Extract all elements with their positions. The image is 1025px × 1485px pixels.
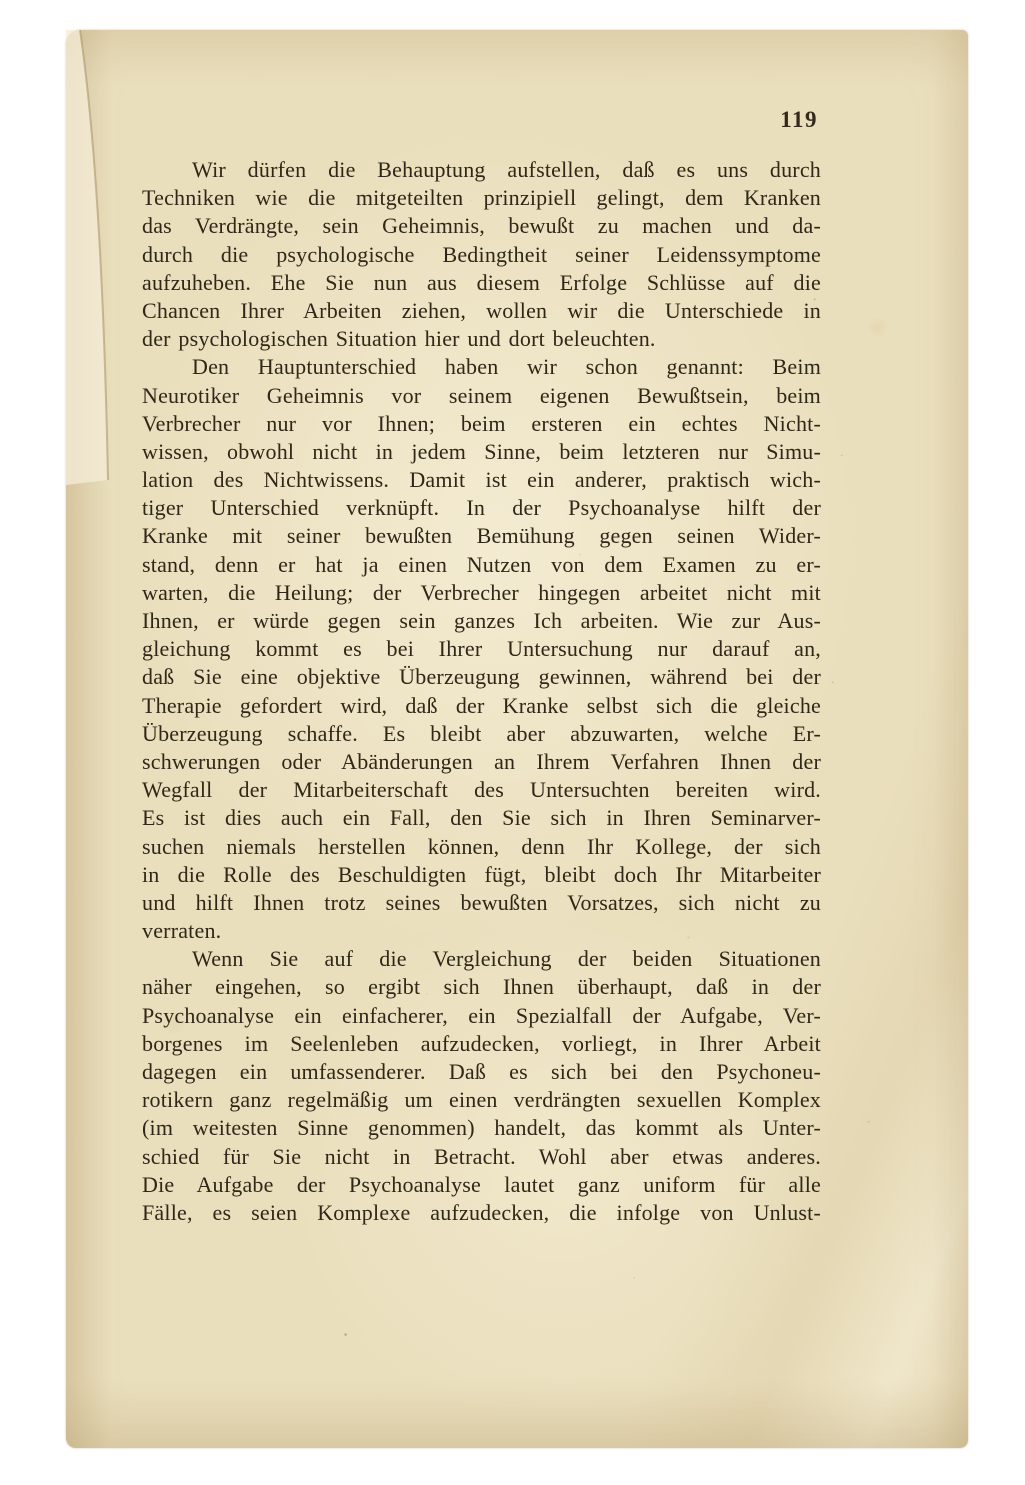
text-line: Neurotiker Geheimnis vor seinem eigenen … xyxy=(142,382,821,410)
text-line: das Verdrängte, sein Geheimnis, bewußt z… xyxy=(142,212,821,240)
text-line: Verbrecher nur vor Ihnen; beim ersteren … xyxy=(142,410,821,438)
text-line: Die Aufgabe der Psychoanalyse lautet gan… xyxy=(142,1171,821,1199)
text-line: näher eingehen, so ergibt sich Ihnen übe… xyxy=(142,973,821,1001)
text-line: warten, die Heilung; der Verbrecher hing… xyxy=(142,579,821,607)
text-line: Fälle, es seien Komplexe aufzudecken, di… xyxy=(142,1199,821,1227)
text-line: Den Hauptunterschied haben wir schon gen… xyxy=(142,353,821,381)
text-line: Kranke mit seiner bewußten Bemühung gege… xyxy=(142,522,821,550)
text-line: suchen niemals herstellen können, denn I… xyxy=(142,833,821,861)
text-line: Wir dürfen die Behauptung aufstellen, da… xyxy=(142,156,821,184)
text-line: Psychoanalyse ein einfacherer, ein Spezi… xyxy=(142,1002,821,1030)
text-line: schwerungen oder Abänderungen an Ihrem V… xyxy=(142,748,821,776)
text-line: der psychologischen Situation hier und d… xyxy=(142,325,821,353)
text-line: schied für Sie nicht in Betracht. Wohl a… xyxy=(142,1143,821,1171)
text-line: daß Sie eine objektive Überzeugung gewin… xyxy=(142,663,821,691)
text-line: Therapie gefordert wird, daß der Kranke … xyxy=(142,692,821,720)
text-line: Wenn Sie auf die Vergleichung der beiden… xyxy=(142,945,821,973)
text-line: Überzeugung schaffe. Es bleibt aber abzu… xyxy=(142,720,821,748)
text-line: borgenes im Seelenleben aufzudecken, vor… xyxy=(142,1030,821,1058)
book-page: 119 Wir dürfen die Behauptung aufstellen… xyxy=(66,30,968,1448)
text-line: (im weitesten Sinne genommen) handelt, d… xyxy=(142,1114,821,1142)
text-line: aufzuheben. Ehe Sie nun aus diesem Erfol… xyxy=(142,269,821,297)
text-line: dagegen ein umfassenderer. Daß es sich b… xyxy=(142,1058,821,1086)
text-line: Es ist dies auch ein Fall, den Sie sich … xyxy=(142,804,821,832)
text-line: wissen, obwohl nicht in jedem Sinne, bei… xyxy=(142,438,821,466)
page-number: 119 xyxy=(780,107,818,133)
text-line: Chancen Ihrer Arbeiten ziehen, wollen wi… xyxy=(142,297,821,325)
text-line: stand, denn er hat ja einen Nutzen von d… xyxy=(142,551,821,579)
text-line: in die Rolle des Beschuldigten fügt, ble… xyxy=(142,861,821,889)
text-line: Ihnen, er würde gegen sein ganzes Ich ar… xyxy=(142,607,821,635)
body-text: Wir dürfen die Behauptung aufstellen, da… xyxy=(142,156,821,1227)
text-line: durch die psychologische Bedingtheit sei… xyxy=(142,241,821,269)
text-line: Wegfall der Mitarbeiterschaft des Unters… xyxy=(142,776,821,804)
text-line: rotikern ganz regelmäßig um einen verdrä… xyxy=(142,1086,821,1114)
text-line: Techniken wie die mitgeteilten prinzipie… xyxy=(142,184,821,212)
text-line: gleichung kommt es bei Ihrer Untersuchun… xyxy=(142,635,821,663)
scanned-book-page: 119 Wir dürfen die Behauptung aufstellen… xyxy=(0,0,1025,1485)
text-line: und hilft Ihnen trotz seines bewußten Vo… xyxy=(142,889,821,917)
text-line: verraten. xyxy=(142,917,821,945)
text-line: tiger Unterschied verknüpft. In der Psyc… xyxy=(142,494,821,522)
text-line: lation des Nichtwissens. Damit ist ein a… xyxy=(142,466,821,494)
